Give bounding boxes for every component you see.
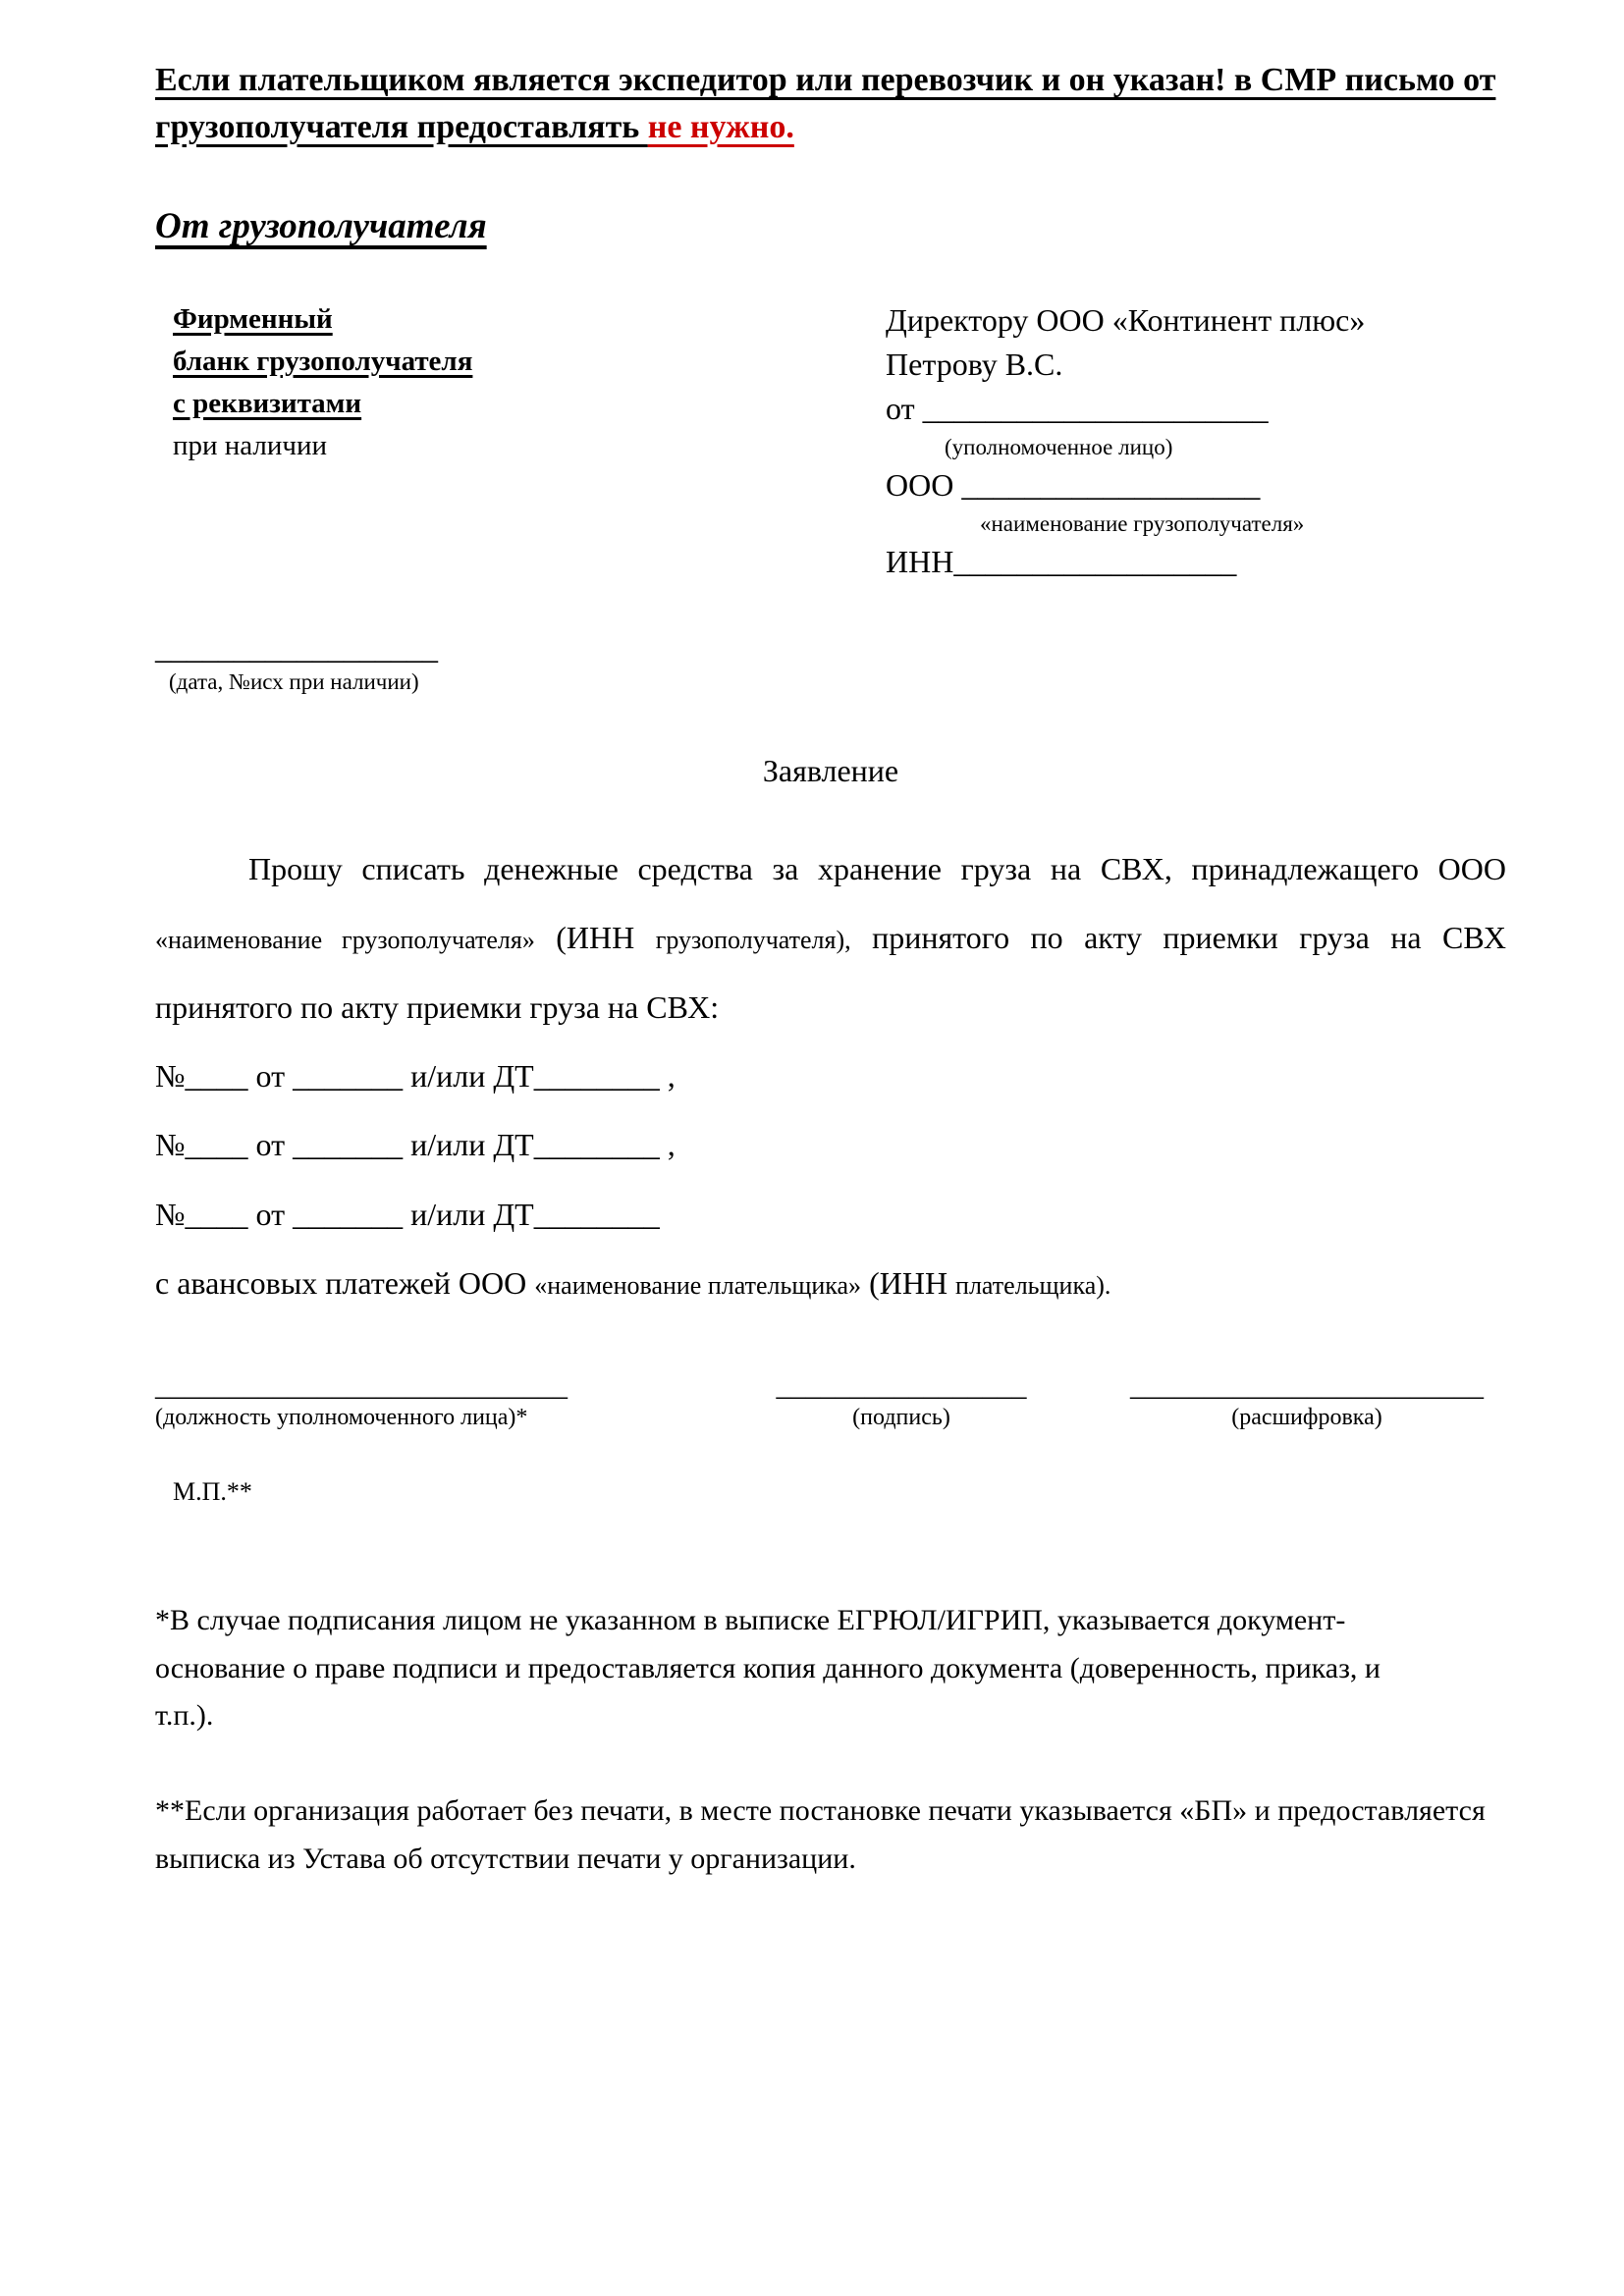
addressee-inn-line: ИНН__________________: [886, 540, 1506, 584]
closing-run: (ИНН: [861, 1265, 955, 1301]
footnotes: *В случае подписания лицом не указанном …: [155, 1597, 1506, 1883]
signature-row: ____________________________ (должность …: [155, 1369, 1506, 1435]
signature-position-blank-line: ____________________________: [155, 1369, 587, 1402]
act-number-line: №____ от _______ и/или ДТ________ ,: [155, 1110, 1506, 1179]
letterhead-line2-text: бланк грузополучателя: [173, 346, 472, 377]
header-warning-text: Если плательщиком является экспедитор ил…: [155, 62, 1495, 145]
signature-sign-caption: (подпись): [764, 1402, 1039, 1435]
letterhead-line3-text: с реквизитами: [173, 388, 361, 419]
signature-sign-col: _________________ (подпись): [764, 1369, 1039, 1435]
statement-title: Заявление: [155, 753, 1506, 789]
section-title: От грузополучателя: [155, 205, 1506, 247]
header-warning: Если плательщиком является экспедитор ил…: [155, 57, 1506, 150]
letterhead-line1-text: Фирменный: [173, 303, 333, 335]
addressee-company-line: ООО ___________________: [886, 463, 1506, 507]
letterhead-line-plain: при наличии: [173, 425, 723, 467]
body-run-small: грузополучателя),: [656, 926, 851, 954]
letterhead-line: с реквизитами: [173, 383, 723, 425]
statement-body: Прошу списать денежные средства за хране…: [155, 834, 1506, 1041]
signature-decode-col: ________________________ (расшифровка): [1115, 1369, 1498, 1435]
closing-line: с авансовых платежей ООО «наименование п…: [155, 1249, 1506, 1317]
signature-decode-blank-line: ________________________: [1115, 1369, 1498, 1402]
letterhead-line: Фирменный: [173, 298, 723, 341]
act-number-line: №____ от _______ и/или ДТ________: [155, 1180, 1506, 1249]
body-run: Прошу списать денежные средства за хране…: [248, 851, 1506, 886]
signature-position-col: ____________________________ (должность …: [155, 1369, 587, 1435]
address-section: Фирменный бланк грузополучателя с реквиз…: [155, 298, 1506, 584]
addressee-director: Директору ООО «Континент плюс»: [886, 298, 1506, 343]
addressee-name: Петрову В.С.: [886, 343, 1506, 387]
closing-run-small: плательщика).: [955, 1271, 1110, 1300]
closing-run: с авансовых платежей ООО: [155, 1265, 534, 1301]
addressee-from-line: от ______________________: [886, 387, 1506, 431]
letterhead-line: бланк грузополучателя: [173, 341, 723, 383]
date-blank-line: __________________: [155, 629, 1506, 667]
signature-decode-caption: (расшифровка): [1115, 1402, 1498, 1435]
signature-position-caption: (должность уполномоченного лица)*: [155, 1402, 587, 1435]
letterhead-note: Фирменный бланк грузополучателя с реквиз…: [155, 298, 723, 584]
date-caption: (дата, №исх при наличии): [169, 668, 1506, 696]
closing-run-small: «наименование плательщика»: [534, 1271, 861, 1300]
addressee-block: Директору ООО «Континент плюс» Петрову В…: [886, 298, 1506, 584]
footnote-first: *В случае подписания лицом не указанном …: [155, 1597, 1382, 1740]
body-run: (ИНН: [535, 920, 656, 955]
addressee-company-caption: «наименование грузополучателя»: [980, 507, 1506, 540]
signature-sign-blank-line: _________________: [764, 1369, 1039, 1402]
date-block: __________________ (дата, №исх при налич…: [155, 629, 1506, 696]
act-number-lines: №____ от _______ и/или ДТ________ , №___…: [155, 1041, 1506, 1249]
stamp-note: М.П.**: [173, 1477, 1506, 1507]
header-warning-highlight: не нужно.: [648, 109, 794, 145]
addressee-from-caption: (уполномоченное лицо): [945, 431, 1506, 463]
section-title-text: От грузополучателя: [155, 206, 487, 246]
footnote-second: **Если организация работает без печати, …: [155, 1788, 1506, 1883]
body-run-small: «наименование грузополучателя»: [155, 926, 535, 954]
act-number-line: №____ от _______ и/или ДТ________ ,: [155, 1041, 1506, 1110]
document-page: Если плательщиком является экспедитор ил…: [0, 0, 1624, 2296]
